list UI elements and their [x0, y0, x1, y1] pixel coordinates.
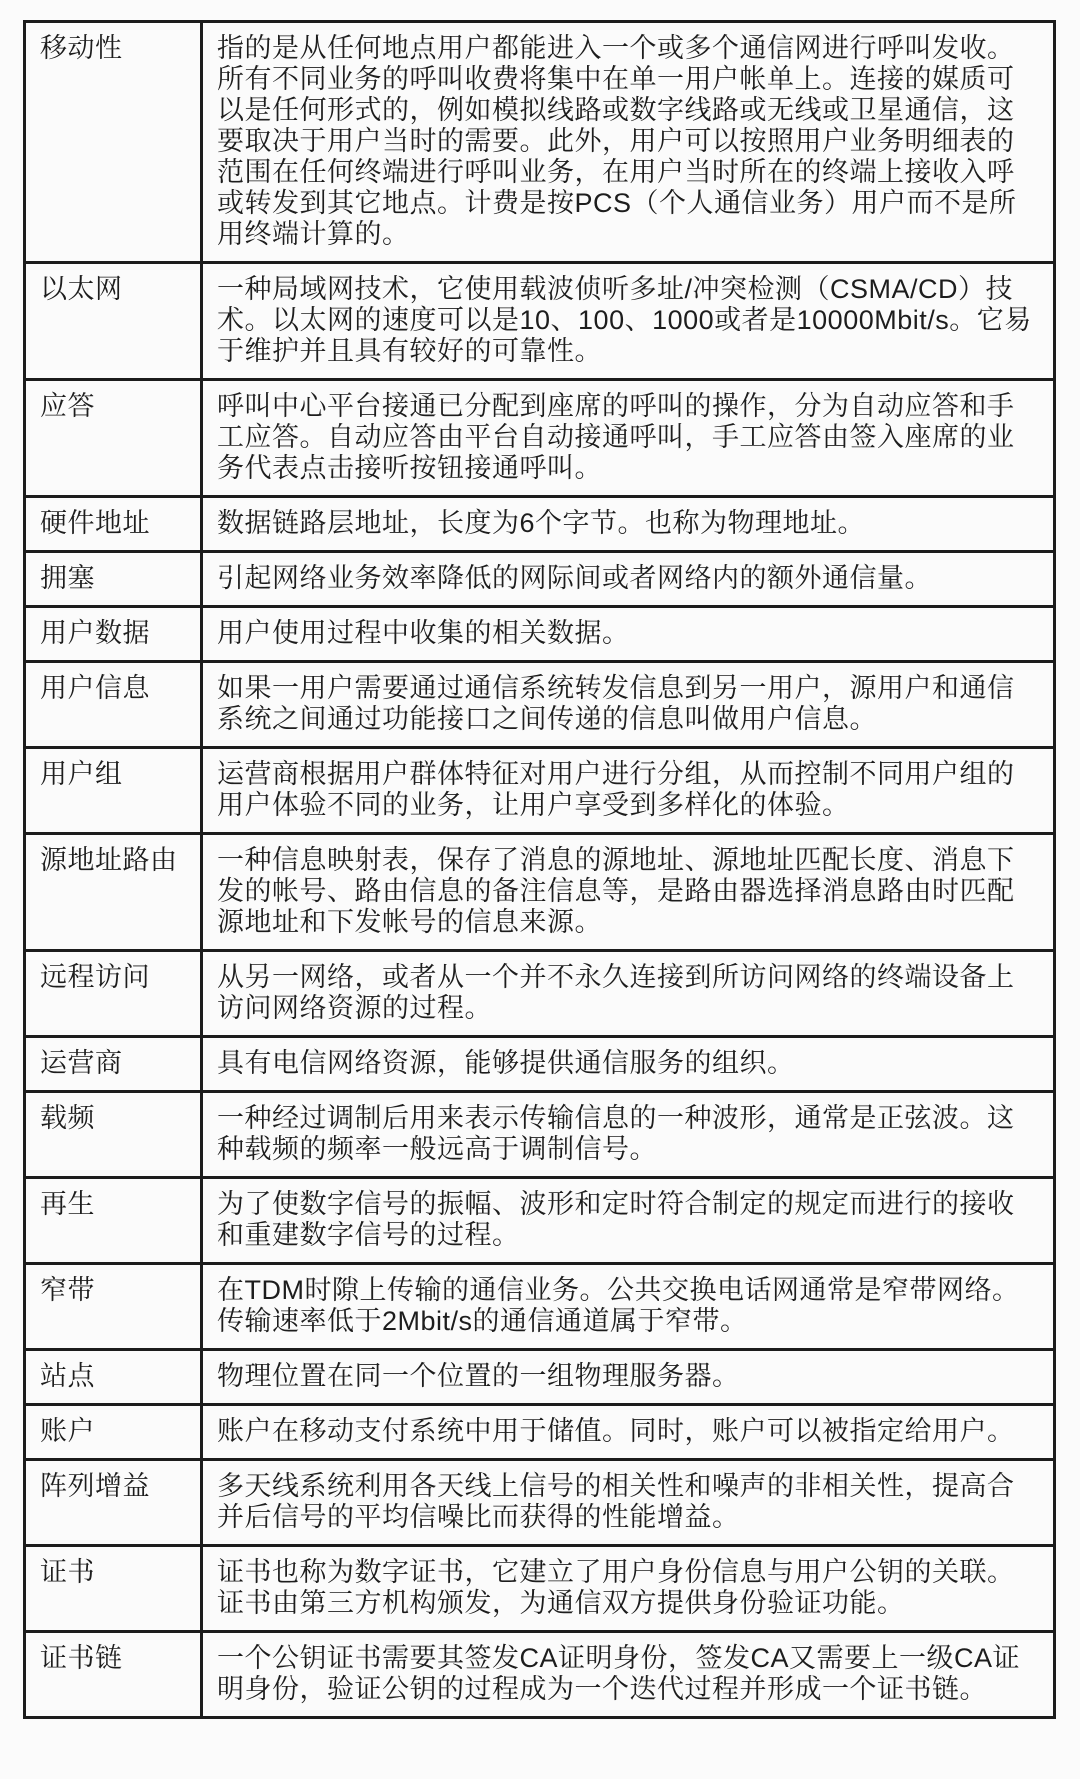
term-cell: 证书	[25, 1546, 202, 1632]
term-cell: 远程访问	[25, 951, 202, 1037]
table-row: 用户数据 用户使用过程中收集的相关数据。	[25, 607, 1055, 662]
term-cell: 以太网	[25, 263, 202, 380]
table-row: 证书 证书也称为数字证书，它建立了用户身份信息与用户公钥的关联。证书由第三方机构…	[25, 1546, 1055, 1632]
definition-cell: 用户使用过程中收集的相关数据。	[202, 607, 1055, 662]
table-row: 源地址路由 一种信息映射表，保存了消息的源地址、源地址匹配长度、消息下发的帐号、…	[25, 834, 1055, 951]
definition-cell: 呼叫中心平台接通已分配到座席的呼叫的操作，分为自动应答和手工应答。自动应答由平台…	[202, 380, 1055, 497]
definition-cell: 运营商根据用户群体特征对用户进行分组，从而控制不同用户组的用户体验不同的业务，让…	[202, 748, 1055, 834]
definition-cell: 如果一用户需要通过通信系统转发信息到另一用户，源用户和通信系统之间通过功能接口之…	[202, 662, 1055, 748]
table-row: 以太网 一种局域网技术，它使用载波侦听多址/冲突检测（CSMA/CD）技术。以太…	[25, 263, 1055, 380]
definition-cell: 一个公钥证书需要其签发CA证明身份，签发CA又需要上一级CA证明身份，验证公钥的…	[202, 1632, 1055, 1718]
term-cell: 用户数据	[25, 607, 202, 662]
term-cell: 站点	[25, 1350, 202, 1405]
definition-cell: 指的是从任何地点用户都能进入一个或多个通信网进行呼叫发收。所有不同业务的呼叫收费…	[202, 22, 1055, 263]
term-cell: 阵列增益	[25, 1460, 202, 1546]
term-cell: 应答	[25, 380, 202, 497]
table-row: 应答 呼叫中心平台接通已分配到座席的呼叫的操作，分为自动应答和手工应答。自动应答…	[25, 380, 1055, 497]
definition-cell: 从另一网络，或者从一个并不永久连接到所访问网络的终端设备上访问网络资源的过程。	[202, 951, 1055, 1037]
table-row: 用户组 运营商根据用户群体特征对用户进行分组，从而控制不同用户组的用户体验不同的…	[25, 748, 1055, 834]
term-cell: 用户信息	[25, 662, 202, 748]
term-cell: 移动性	[25, 22, 202, 263]
table-row: 账户 账户在移动支付系统中用于储值。同时，账户可以被指定给用户。	[25, 1405, 1055, 1460]
table-row: 载频 一种经过调制后用来表示传输信息的一种波形，通常是正弦波。这种载频的频率一般…	[25, 1092, 1055, 1178]
definition-cell: 为了使数字信号的振幅、波形和定时符合制定的规定而进行的接收和重建数字信号的过程。	[202, 1178, 1055, 1264]
definition-cell: 物理位置在同一个位置的一组物理服务器。	[202, 1350, 1055, 1405]
table-row: 证书链 一个公钥证书需要其签发CA证明身份，签发CA又需要上一级CA证明身份，验…	[25, 1632, 1055, 1718]
table-row: 拥塞 引起网络业务效率降低的网际间或者网络内的额外通信量。	[25, 552, 1055, 607]
definition-cell: 账户在移动支付系统中用于储值。同时，账户可以被指定给用户。	[202, 1405, 1055, 1460]
definition-cell: 一种局域网技术，它使用载波侦听多址/冲突检测（CSMA/CD）技术。以太网的速度…	[202, 263, 1055, 380]
term-cell: 载频	[25, 1092, 202, 1178]
term-cell: 窄带	[25, 1264, 202, 1350]
glossary-table: 移动性 指的是从任何地点用户都能进入一个或多个通信网进行呼叫发收。所有不同业务的…	[23, 20, 1056, 1719]
definition-cell: 具有电信网络资源，能够提供通信服务的组织。	[202, 1037, 1055, 1092]
term-cell: 源地址路由	[25, 834, 202, 951]
table-row: 再生 为了使数字信号的振幅、波形和定时符合制定的规定而进行的接收和重建数字信号的…	[25, 1178, 1055, 1264]
definition-cell: 一种信息映射表，保存了消息的源地址、源地址匹配长度、消息下发的帐号、路由信息的备…	[202, 834, 1055, 951]
definition-cell: 一种经过调制后用来表示传输信息的一种波形，通常是正弦波。这种载频的频率一般远高于…	[202, 1092, 1055, 1178]
term-cell: 用户组	[25, 748, 202, 834]
definition-cell: 在TDM时隙上传输的通信业务。公共交换电话网通常是窄带网络。传输速率低于2Mbi…	[202, 1264, 1055, 1350]
term-cell: 运营商	[25, 1037, 202, 1092]
definition-cell: 数据链路层地址，长度为6个字节。也称为物理地址。	[202, 497, 1055, 552]
table-row: 站点 物理位置在同一个位置的一组物理服务器。	[25, 1350, 1055, 1405]
definition-cell: 引起网络业务效率降低的网际间或者网络内的额外通信量。	[202, 552, 1055, 607]
term-cell: 硬件地址	[25, 497, 202, 552]
term-cell: 拥塞	[25, 552, 202, 607]
table-row: 移动性 指的是从任何地点用户都能进入一个或多个通信网进行呼叫发收。所有不同业务的…	[25, 22, 1055, 263]
table-row: 运营商 具有电信网络资源，能够提供通信服务的组织。	[25, 1037, 1055, 1092]
term-cell: 再生	[25, 1178, 202, 1264]
table-row: 硬件地址 数据链路层地址，长度为6个字节。也称为物理地址。	[25, 497, 1055, 552]
glossary-table-body: 移动性 指的是从任何地点用户都能进入一个或多个通信网进行呼叫发收。所有不同业务的…	[25, 22, 1055, 1718]
table-row: 阵列增益 多天线系统利用各天线上信号的相关性和噪声的非相关性，提高合并后信号的平…	[25, 1460, 1055, 1546]
definition-cell: 多天线系统利用各天线上信号的相关性和噪声的非相关性，提高合并后信号的平均信噪比而…	[202, 1460, 1055, 1546]
definition-cell: 证书也称为数字证书，它建立了用户身份信息与用户公钥的关联。证书由第三方机构颁发，…	[202, 1546, 1055, 1632]
table-row: 窄带 在TDM时隙上传输的通信业务。公共交换电话网通常是窄带网络。传输速率低于2…	[25, 1264, 1055, 1350]
glossary-document: 移动性 指的是从任何地点用户都能进入一个或多个通信网进行呼叫发收。所有不同业务的…	[0, 0, 1080, 1719]
term-cell: 账户	[25, 1405, 202, 1460]
table-row: 远程访问 从另一网络，或者从一个并不永久连接到所访问网络的终端设备上访问网络资源…	[25, 951, 1055, 1037]
table-row: 用户信息 如果一用户需要通过通信系统转发信息到另一用户，源用户和通信系统之间通过…	[25, 662, 1055, 748]
term-cell: 证书链	[25, 1632, 202, 1718]
